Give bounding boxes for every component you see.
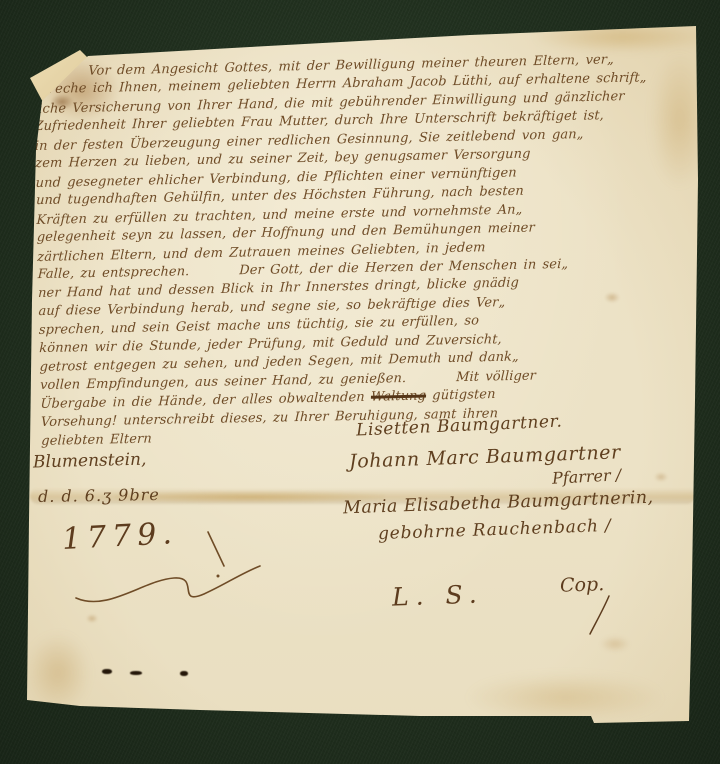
top-edge-stain	[535, 22, 710, 52]
manuscript-paper: Vor dem Angesicht Gottes, mit der Bewill…	[0, 0, 720, 764]
date-line: d. d. 6.ʒ 9bre	[38, 485, 160, 506]
foxing-spot	[654, 472, 668, 482]
corner-crease-line	[40, 6, 93, 56]
letter-body: Vor dem Angesicht Gottes, mit der Bewill…	[33, 50, 703, 452]
signature-title-pfarrer: Pfarrer ∕	[552, 465, 622, 488]
locus-sigilli-mark: L. S.	[392, 579, 485, 611]
struck-out-word: Waltung	[371, 389, 427, 405]
bottom-right-stain	[470, 675, 660, 720]
ink-spot	[180, 671, 188, 676]
bottom-left-stain	[28, 635, 88, 710]
pen-flourish	[58, 518, 438, 618]
place-name: Blumenstein,	[33, 450, 147, 473]
ink-spot	[130, 671, 142, 675]
photo-background: Vor dem Angesicht Gottes, mit der Bewill…	[0, 0, 720, 764]
ink-spot	[102, 669, 112, 674]
copy-flourish-slash	[585, 592, 619, 640]
line-post-text: gütigsten	[426, 387, 496, 404]
